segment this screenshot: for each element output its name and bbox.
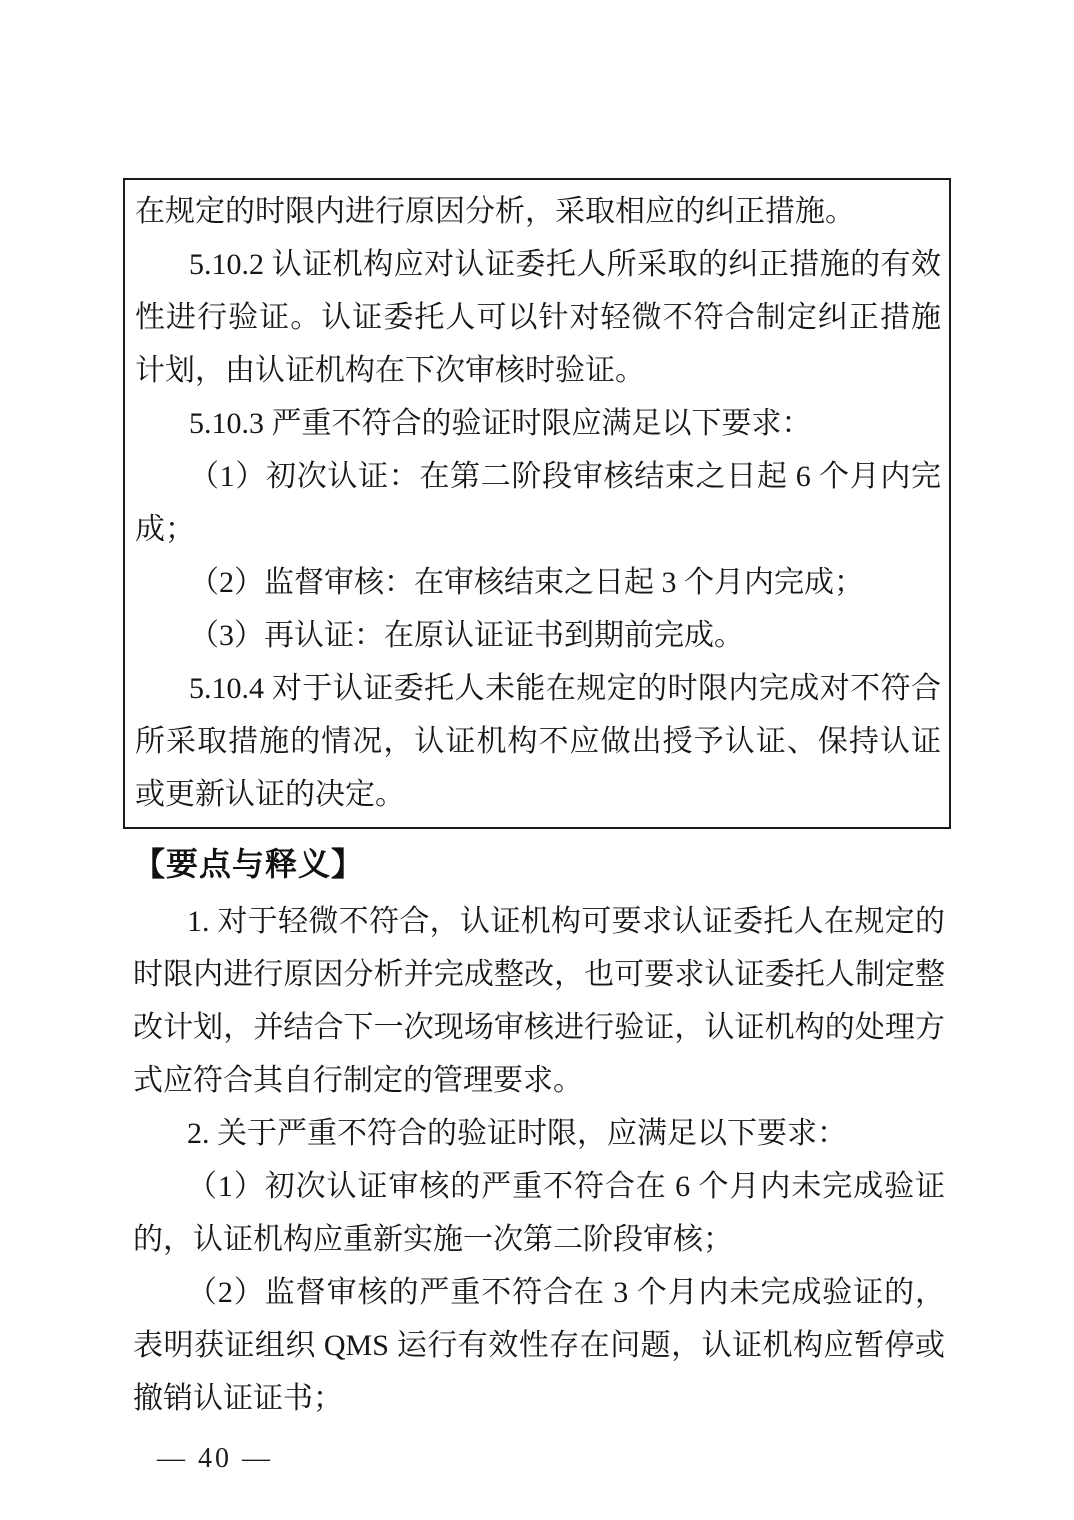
- key-points-heading: 【要点与释义】: [133, 843, 945, 885]
- annotation-paragraph-2: 2. 关于严重不符合的验证时限，应满足以下要求：: [133, 1107, 945, 1160]
- regulation-excerpt-box: 在规定的时限内进行原因分析，采取相应的纠正措施。 5.10.2 认证机构应对认证…: [123, 178, 951, 829]
- excerpt-clause-5-10-3: 5.10.3 严重不符合的验证时限应满足以下要求：: [135, 397, 941, 450]
- excerpt-paragraph-continuation: 在规定的时限内进行原因分析，采取相应的纠正措施。: [135, 185, 941, 238]
- document-page: 在规定的时限内进行原因分析，采取相应的纠正措施。 5.10.2 认证机构应对认证…: [0, 0, 1074, 1520]
- excerpt-clause-5-10-4: 5.10.4 对于认证委托人未能在规定的时限内完成对不符合所采取措施的情况，认证…: [135, 662, 941, 821]
- annotation-list-item-1: （1）初次认证审核的严重不符合在 6 个月内未完成验证的，认证机构应重新实施一次…: [133, 1160, 945, 1266]
- annotation-list-item-2: （2）监督审核的严重不符合在 3 个月内未完成验证的，表明获证组织 QMS 运行…: [133, 1266, 945, 1425]
- excerpt-list-item-2: （2）监督审核：在审核结束之日起 3 个月内完成；: [135, 556, 941, 609]
- annotation-paragraph-1: 1. 对于轻微不符合，认证机构可要求认证委托人在规定的时限内进行原因分析并完成整…: [133, 895, 945, 1107]
- excerpt-list-item-3: （3）再认证：在原认证证书到期前完成。: [135, 609, 941, 662]
- page-number: — 40 —: [133, 1439, 945, 1479]
- excerpt-list-item-1: （1）初次认证：在第二阶段审核结束之日起 6 个月内完成；: [135, 450, 941, 556]
- excerpt-clause-5-10-2: 5.10.2 认证机构应对认证委托人所采取的纠正措施的有效性进行验证。认证委托人…: [135, 238, 941, 397]
